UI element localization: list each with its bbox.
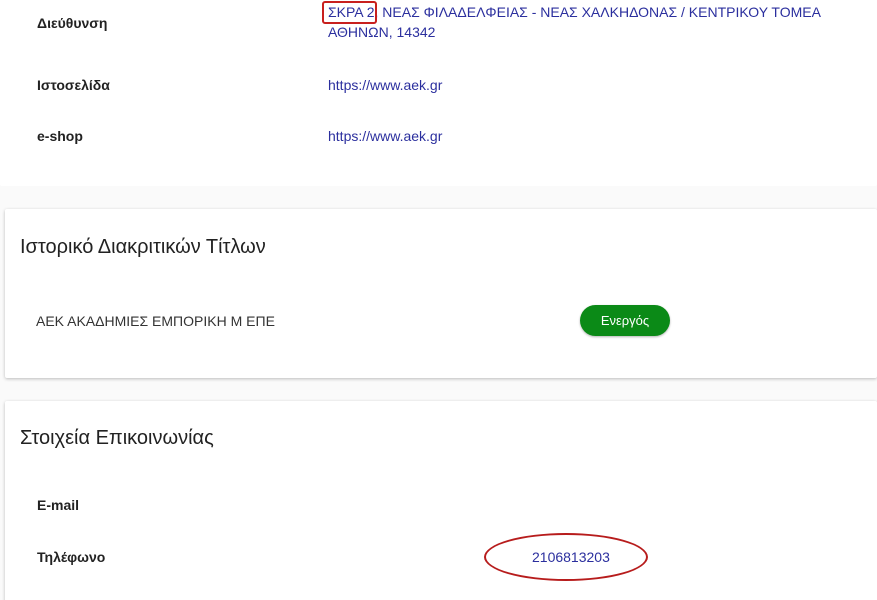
phone-link[interactable]: 2106813203 [532,549,610,565]
status-badge: Ενεργός [580,305,670,336]
address-label: Διεύθυνση [37,15,107,31]
eshop-label: e-shop [37,128,83,144]
company-details-card: Διεύθυνση ΣΚΡΑ 2, ΝΕΑΣ ΦΙΛΑΔΕΛΦΕΙΑΣ - ΝΕ… [0,0,877,186]
contact-title: Στοιχεία Επικοινωνίας [20,427,214,450]
eshop-link[interactable]: https://www.aek.gr [328,128,442,144]
website-link[interactable]: https://www.aek.gr [328,77,442,93]
title-name: ΑΕΚ ΑΚΑΔΗΜΙΕΣ ΕΜΠΟΡΙΚΗ Μ ΕΠΕ [36,313,275,329]
titles-history-card: Ιστορικό Διακριτικών Τίτλων ΑΕΚ ΑΚΑΔΗΜΙΕ… [5,209,877,378]
email-label: E-mail [37,497,79,513]
contact-card: Στοιχεία Επικοινωνίας E-mail Τηλέφωνο 21… [5,401,877,600]
address-value: ΣΚΡΑ 2, ΝΕΑΣ ΦΙΛΑΔΕΛΦΕΙΑΣ - ΝΕΑΣ ΧΑΛΚΗΔΟ… [328,2,848,42]
website-label: Ιστοσελίδα [37,77,110,93]
address-line-2: ΑΘΗΝΩΝ, 14342 [328,22,848,42]
phone-label: Τηλέφωνο [37,549,105,565]
titles-history-title: Ιστορικό Διακριτικών Τίτλων [20,236,266,259]
address-line-1: ΣΚΡΑ 2, ΝΕΑΣ ΦΙΛΑΔΕΛΦΕΙΑΣ - ΝΕΑΣ ΧΑΛΚΗΔΟ… [328,2,848,22]
